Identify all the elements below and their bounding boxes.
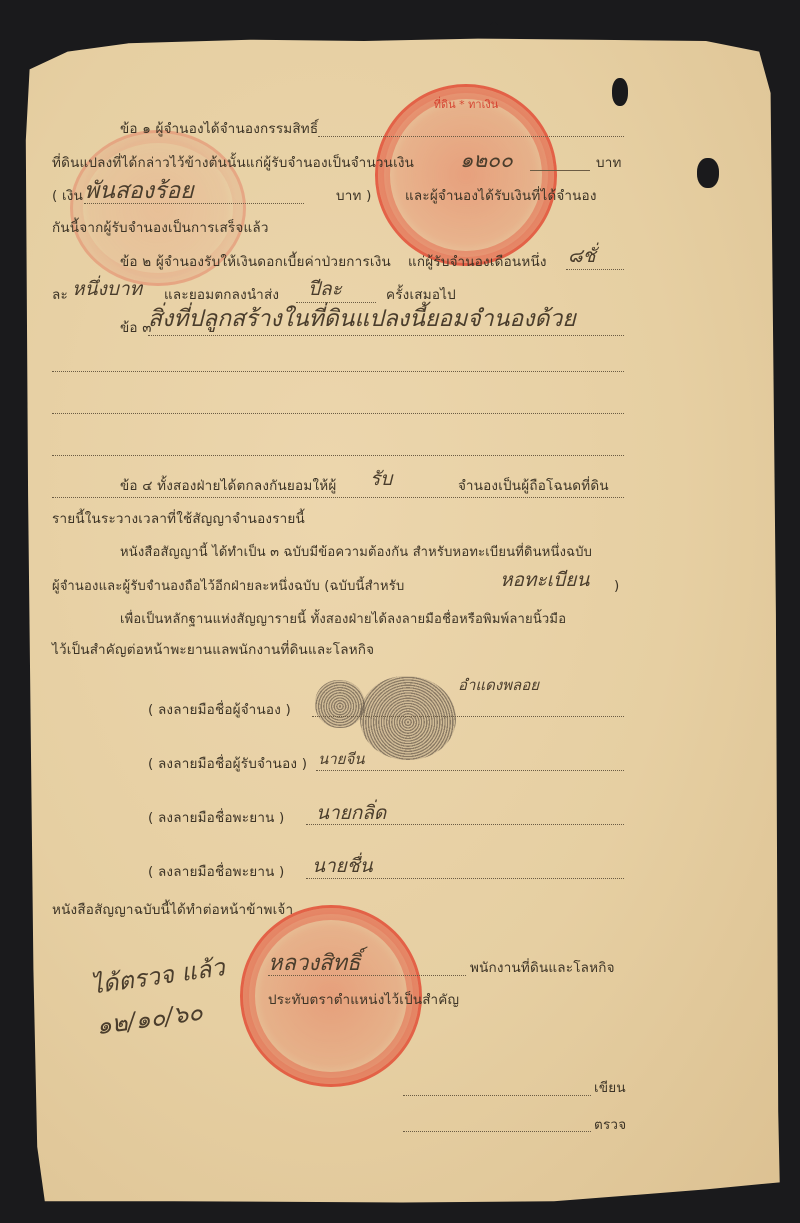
- clause4-line2: รายนี้ในระวางเวลาที่ใช้สัญญาจำนองรายนี้: [52, 513, 305, 527]
- clause1-line3-prefix: ( เงิน: [52, 190, 83, 204]
- evidence-line1: เพื่อเป็นหลักฐานแห่งสัญญารายนี้ ทั้งสองฝ…: [120, 613, 566, 626]
- copies-line1: หนังสือสัญญานี้ ได้ทำเป็น ๓ ฉบับมีข้อควา…: [120, 546, 592, 559]
- fill-line: [268, 975, 466, 976]
- clause2-line2-mid: และยอมตกลงนำส่ง: [164, 289, 279, 303]
- copy-for: หอทะเบียน: [500, 571, 589, 590]
- copies-line2-suffix: ): [614, 580, 619, 594]
- clause1-line3-mid: บาท ): [336, 190, 372, 204]
- deed-holder: รับ: [370, 470, 392, 489]
- fill-line: [566, 269, 624, 270]
- clause1-line3-suffix: และผู้จำนองได้รับเงินที่ได้จำนอง: [405, 190, 597, 204]
- seal-note: ประทับตราตำแหน่งไว้เป็นสำคัญ: [268, 994, 459, 1008]
- clause1-line2: ที่ดินแปลงที่ได้กล่าวไว้ข้างต้นนั้นแก่ผู…: [52, 157, 414, 171]
- fill-line: [306, 824, 624, 825]
- signature-label-witness1: ( ลงลายมือชื่อพะยาน ): [148, 812, 285, 826]
- stamp-text: ที่ดิน * ทาเงิน: [378, 95, 554, 113]
- evidence-line2: ไว้เป็นสำคัญต่อหน้าพะยานแลพนักงานที่ดินแ…: [52, 644, 374, 658]
- copies-line2-prefix: ผู้จำนองและผู้รับจำนองถือไว้อีกฝ่ายละหนึ…: [52, 580, 404, 593]
- fill-line: [52, 497, 624, 498]
- fill-line: [318, 136, 624, 137]
- thumbprint: [360, 676, 456, 760]
- clause1-line4: กันนี้จากผู้รับจำนองเป็นการเสร็จแล้ว: [52, 222, 269, 236]
- red-seal-stamp-top: ที่ดิน * ทาเงิน: [375, 84, 557, 266]
- fill-line: [52, 371, 624, 372]
- clause2-line2-suffix: ครั้งเสมอไป: [386, 289, 456, 303]
- official-title: พนักงานที่ดินและโลหกิจ: [470, 962, 615, 976]
- fill-line: [52, 455, 624, 456]
- paper-hole: [697, 158, 719, 188]
- clause2-line1: ข้อ ๒ ผู้จำนองรับให้เงินดอกเบี้ยค่าป่วยก…: [120, 256, 391, 270]
- clause1-line1: ข้อ ๑ ผู้จำนองได้จำนองกรรมสิทธิ์: [120, 123, 318, 137]
- amount-numeric: ๑๒๐๐: [460, 150, 513, 171]
- witness2-signature: นายชื่น: [312, 857, 373, 876]
- clause3-handwritten: สิ่งที่ปลูกสร้างในที่ดินแปลงนี้ยอมจำนองด…: [148, 308, 576, 331]
- writer-label: เขียน: [594, 1082, 626, 1096]
- writer-fill-line: [403, 1095, 591, 1096]
- fill-line: [52, 413, 624, 414]
- fill-line: [530, 170, 590, 171]
- paper-hole: [612, 78, 628, 106]
- clause4-line1-prefix: ข้อ ๔ ทั้งสองฝ่ายได้ตกลงกันยอมให้ผู้: [120, 480, 336, 494]
- fill-line: [312, 716, 624, 717]
- per-unit: หนึ่งบาท: [72, 280, 142, 299]
- checker-label: ตรวจ: [594, 1119, 626, 1133]
- interest-rate: ๘ชั่: [568, 247, 596, 266]
- witness1-signature: นายกลิ่ด: [316, 804, 386, 823]
- fill-line: [306, 878, 624, 879]
- signature-label-witness2: ( ลงลายมือชื่อพะยาน ): [148, 866, 285, 880]
- currency-baht: บาท: [596, 157, 622, 171]
- clause2-line2-prefix: ละ: [52, 289, 68, 303]
- fill-line: [316, 770, 624, 771]
- fill-line: [148, 335, 624, 336]
- signature-label-mortgagor: ( ลงลายมือชื่อผู้จำนอง ): [148, 704, 291, 718]
- amount-words: พันสองร้อย: [84, 180, 194, 203]
- official-signature: หลวงสิทธิ์: [268, 953, 360, 975]
- official-witness-line: หนังสือสัญญาฉบับนี้ได้ทำต่อหน้าข้าพเจ้า: [52, 904, 293, 918]
- clause3-label: ข้อ ๓: [120, 322, 152, 336]
- mortgagor-note: อำแดงพลอย: [458, 678, 539, 693]
- fill-line: [84, 203, 304, 204]
- thumbprint: [315, 680, 365, 728]
- mortgagee-signature: นายจีน: [318, 752, 365, 767]
- frequency: ปีละ: [308, 280, 342, 299]
- fill-line: [296, 302, 376, 303]
- paper-hole: [490, 22, 498, 34]
- clause2-line1b: แก่ผู้รับจำนองเดือนหนึ่ง: [408, 256, 547, 270]
- signature-label-mortgagee: ( ลงลายมือชื่อผู้รับจำนอง ): [148, 758, 307, 772]
- checker-fill-line: [403, 1131, 591, 1132]
- clause4-line1-suffix: จำนองเป็นผู้ถือโฉนดที่ดิน: [458, 480, 609, 494]
